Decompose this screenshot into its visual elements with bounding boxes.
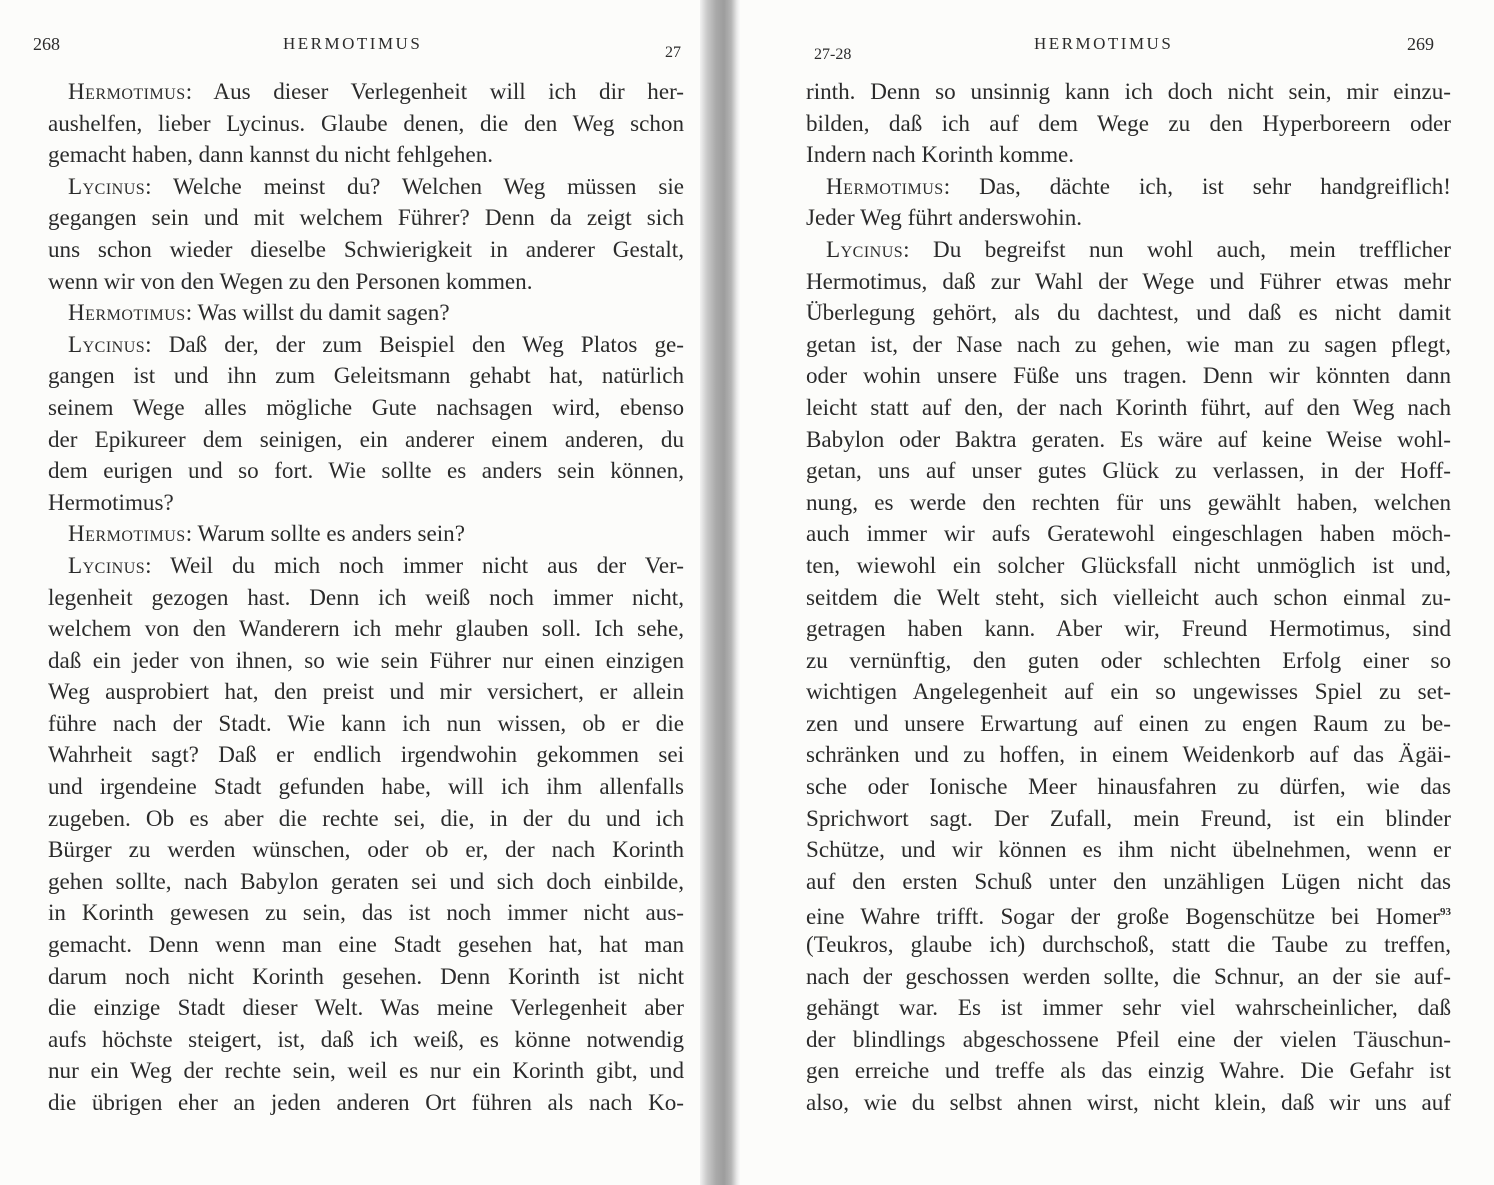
text-line: Weg ausprobiert hat, den preist und mir …: [48, 676, 684, 708]
line-text: Wahrheit sagt? Daß er endlich irgendwohi…: [48, 741, 684, 767]
line-text: rinth. Denn so unsinnig kann ich doch ni…: [806, 78, 1451, 104]
line-text: : Welche meinst du? Welchen Weg müssen s…: [145, 173, 684, 199]
line-text: gehen sollte, nach Babylon geraten sei u…: [48, 868, 684, 894]
text-line: wenn wir von den Wegen zu den Personen k…: [48, 266, 684, 298]
line-text: und irgendeine Stadt gefunden habe, will…: [48, 773, 684, 799]
line-text: zu vernünftig, den guten oder schlechten…: [806, 647, 1451, 673]
text-line: dem eurigen und so fort. Wie sollte es a…: [48, 455, 684, 487]
line-text: auch immer wir aufs Geratewohl eingeschl…: [806, 520, 1451, 546]
line-text: aufs höchste steigert, ist, daß ich weiß…: [48, 1026, 684, 1052]
right-page: 27-28 HERMOTIMUS 269 rinth. Denn so unsi…: [740, 0, 1494, 1185]
text-line: Hermotimus: Aus dieser Verlegenheit will…: [48, 76, 684, 108]
text-line: führe nach der Stadt. Wie kann ich nun w…: [48, 708, 684, 740]
text-line: gen erreiche und treffe als das einzig W…: [806, 1055, 1451, 1087]
line-text: : Warum sollte es anders sein?: [186, 520, 465, 546]
line-text: : Weil du mich noch immer nicht aus der …: [145, 552, 684, 578]
line-text: gen erreiche und treffe als das einzig W…: [806, 1057, 1451, 1083]
text-line: gehen sollte, nach Babylon geraten sei u…: [48, 866, 684, 898]
page-number: 268: [33, 34, 60, 55]
line-text: der blindlings abgeschossene Pfeil eine …: [806, 1026, 1451, 1052]
line-text: schränken und zu hoffen, in einem Weiden…: [806, 741, 1451, 767]
text-line: die übrigen eher an jeden anderen Ort fü…: [48, 1087, 684, 1119]
text-line: die einzige Stadt dieser Welt. Was meine…: [48, 992, 684, 1024]
line-text: daß ein jeder von ihnen, so wie sein Füh…: [48, 647, 684, 673]
text-line: getan, uns auf unser gutes Glück zu verl…: [806, 455, 1451, 487]
text-line: Lycinus: Du begreifst nun wohl auch, mei…: [806, 234, 1451, 266]
line-text: Überlegung gehört, als du dachtest, und …: [806, 299, 1451, 325]
speaker-name: Hermotimus: [826, 173, 944, 199]
text-line: Lycinus: Daß der, der zum Beispiel den W…: [48, 329, 684, 361]
text-line: zugeben. Ob es aber die rechte sei, die,…: [48, 803, 684, 835]
line-text: nung, es werde den rechten für uns gewäh…: [806, 489, 1451, 515]
text-line: Lycinus: Welche meinst du? Welchen Weg m…: [48, 171, 684, 203]
line-text: ten, wiewohl ein solcher Glücksfall nich…: [806, 552, 1451, 578]
text-line: auf den ersten Schuß unter den unzählige…: [806, 866, 1451, 898]
line-text: Bürger zu werden wünschen, oder ob er, d…: [48, 836, 684, 862]
line-text: eine Wahre trifft. Sogar der große Bogen…: [806, 903, 1440, 929]
text-line: also, wie du selbst ahnen wirst, nicht k…: [806, 1087, 1451, 1119]
text-line: Bürger zu werden wünschen, oder ob er, d…: [48, 834, 684, 866]
line-text: aushelfen, lieber Lycinus. Glaube denen,…: [48, 110, 684, 136]
line-text: nach der geschossen werden sollte, die S…: [806, 963, 1451, 989]
footnote-marker: 93: [1440, 906, 1451, 918]
text-line: in Korinth gewesen zu sein, das ist noch…: [48, 897, 684, 929]
line-text: welchem von den Wanderern ich mehr glaub…: [48, 615, 684, 641]
line-text: die einzige Stadt dieser Welt. Was meine…: [48, 994, 684, 1020]
running-head: HERMOTIMUS: [283, 34, 422, 64]
line-text: legenheit gezogen hast. Denn ich weiß no…: [48, 584, 684, 610]
text-line: aufs höchste steigert, ist, daß ich weiß…: [48, 1024, 684, 1056]
text-line: nur ein Weg der rechte sein, weil es nur…: [48, 1055, 684, 1087]
text-line: der Epikureer dem seinigen, ein anderer …: [48, 424, 684, 456]
text-line: gegangen sein und mit welchem Führer? De…: [48, 202, 684, 234]
left-page-body: Hermotimus: Aus dieser Verlegenheit will…: [48, 76, 684, 1119]
line-text: auf den ersten Schuß unter den unzählige…: [806, 868, 1451, 894]
line-text: zugeben. Ob es aber die rechte sei, die,…: [48, 805, 684, 831]
line-text: : Aus dieser Verlegenheit will ich dir h…: [186, 78, 684, 104]
speaker-name: Lycinus: [68, 552, 145, 578]
line-text: gehängt war. Es ist immer sehr viel wahr…: [806, 994, 1451, 1020]
line-text: : Du begreifst nun wohl auch, mein treff…: [903, 236, 1451, 262]
text-line: Lycinus: Weil du mich noch immer nicht a…: [48, 550, 684, 582]
text-line: uns schon wieder dieselbe Schwierigkeit …: [48, 234, 684, 266]
speaker-name: Lycinus: [826, 236, 903, 262]
line-text: dem eurigen und so fort. Wie sollte es a…: [48, 457, 684, 483]
text-line: nach der geschossen werden sollte, die S…: [806, 961, 1451, 993]
line-text: : Daß der, der zum Beispiel den Weg Plat…: [145, 331, 684, 357]
speaker-name: Hermotimus: [68, 299, 186, 325]
text-line: Indern nach Korinth komme.: [806, 139, 1451, 171]
line-text: Hermotimus?: [48, 489, 174, 515]
line-text: seinem Wege alles mögliche Gute nachsage…: [48, 394, 684, 420]
line-text: zen und unsere Erwartung auf einen zu en…: [806, 710, 1451, 736]
line-text: getragen haben kann. Aber wir, Freund He…: [806, 615, 1451, 641]
line-text: führe nach der Stadt. Wie kann ich nun w…: [48, 710, 684, 736]
line-text: gangen ist und ihn zum Geleitsmann gehab…: [48, 362, 684, 388]
left-page: 268 HERMOTIMUS 27 Hermotimus: Aus dieser…: [0, 0, 700, 1185]
text-line: gangen ist und ihn zum Geleitsmann gehab…: [48, 360, 684, 392]
text-line: Hermotimus: Das, dächte ich, ist sehr ha…: [806, 171, 1451, 203]
speaker-name: Lycinus: [68, 173, 145, 199]
text-line: eine Wahre trifft. Sogar der große Bogen…: [806, 897, 1451, 929]
text-line: zen und unsere Erwartung auf einen zu en…: [806, 708, 1451, 740]
text-line: getan ist, der Nase nach zu gehen, wie m…: [806, 329, 1451, 361]
line-text: seitdem die Welt steht, sich vielleicht …: [806, 584, 1451, 610]
line-text: Hermotimus, daß zur Wahl der Wege und Fü…: [806, 268, 1451, 294]
line-text: leicht statt auf den, der nach Korinth f…: [806, 394, 1451, 420]
text-line: welchem von den Wanderern ich mehr glaub…: [48, 613, 684, 645]
text-line: Babylon oder Baktra geraten. Es wäre auf…: [806, 424, 1451, 456]
text-line: wichtigen Angelegenheit auf ein so ungew…: [806, 676, 1451, 708]
line-text: uns schon wieder dieselbe Schwierigkeit …: [48, 236, 684, 262]
line-text: die übrigen eher an jeden anderen Ort fü…: [48, 1089, 684, 1115]
text-line: seitdem die Welt steht, sich vielleicht …: [806, 582, 1451, 614]
speaker-name: Hermotimus: [68, 78, 186, 104]
book-spread: 268 HERMOTIMUS 27 Hermotimus: Aus dieser…: [0, 0, 1494, 1185]
line-text: getan ist, der Nase nach zu gehen, wie m…: [806, 331, 1451, 357]
page-number: 269: [1407, 34, 1434, 55]
text-line: auch immer wir aufs Geratewohl eingeschl…: [806, 518, 1451, 550]
text-line: gemacht. Denn wenn man eine Stadt gesehe…: [48, 929, 684, 961]
line-text: gegangen sein und mit welchem Führer? De…: [48, 204, 684, 230]
text-line: der blindlings abgeschossene Pfeil eine …: [806, 1024, 1451, 1056]
text-line: Hermotimus?: [48, 487, 684, 519]
line-text: nur ein Weg der rechte sein, weil es nur…: [48, 1057, 684, 1083]
text-line: Jeder Weg führt anderswohin.: [806, 202, 1451, 234]
line-text: also, wie du selbst ahnen wirst, nicht k…: [806, 1089, 1451, 1115]
line-text: sche oder Ionische Meer hinausfahren zu …: [806, 773, 1451, 799]
line-text: gemacht haben, dann kannst du nicht fehl…: [48, 141, 493, 167]
text-line: legenheit gezogen hast. Denn ich weiß no…: [48, 582, 684, 614]
text-line: und irgendeine Stadt gefunden habe, will…: [48, 771, 684, 803]
line-text: der Epikureer dem seinigen, ein anderer …: [48, 426, 684, 452]
line-text: getan, uns auf unser gutes Glück zu verl…: [806, 457, 1451, 483]
text-line: Sprichwort sagt. Der Zufall, mein Freund…: [806, 803, 1451, 835]
section-marker: 27-28: [814, 46, 851, 64]
speaker-name: Hermotimus: [68, 520, 186, 546]
line-text: Sprichwort sagt. Der Zufall, mein Freund…: [806, 805, 1451, 831]
line-text: Jeder Weg führt anderswohin.: [806, 204, 1082, 230]
text-line: zu vernünftig, den guten oder schlechten…: [806, 645, 1451, 677]
text-line: gehängt war. Es ist immer sehr viel wahr…: [806, 992, 1451, 1024]
text-line: rinth. Denn so unsinnig kann ich doch ni…: [806, 76, 1451, 108]
line-text: : Das, dächte ich, ist sehr handgreiflic…: [944, 173, 1451, 199]
text-line: sche oder Ionische Meer hinausfahren zu …: [806, 771, 1451, 803]
text-line: Hermotimus: Was willst du damit sagen?: [48, 297, 684, 329]
line-text: oder wohin unsere Füße uns tragen. Denn …: [806, 362, 1451, 388]
book-gutter: [700, 0, 740, 1185]
text-line: Hermotimus, daß zur Wahl der Wege und Fü…: [806, 266, 1451, 298]
text-line: nung, es werde den rechten für uns gewäh…: [806, 487, 1451, 519]
text-line: oder wohin unsere Füße uns tragen. Denn …: [806, 360, 1451, 392]
line-text: wichtigen Angelegenheit auf ein so ungew…: [806, 678, 1451, 704]
line-text: bilden, daß ich auf dem Wege zu den Hype…: [806, 110, 1451, 136]
text-line: ten, wiewohl ein solcher Glücksfall nich…: [806, 550, 1451, 582]
line-text: Weg ausprobiert hat, den preist und mir …: [48, 678, 684, 704]
line-text: Schütze, und wir können es ihm nicht übe…: [806, 836, 1451, 862]
text-line: leicht statt auf den, der nach Korinth f…: [806, 392, 1451, 424]
line-text: wenn wir von den Wegen zu den Personen k…: [48, 268, 533, 294]
line-text: : Was willst du damit sagen?: [186, 299, 450, 325]
text-line: (Teukros, glaube ich) durchschoß, statt …: [806, 929, 1451, 961]
running-head: HERMOTIMUS: [1034, 34, 1173, 64]
text-line: gemacht haben, dann kannst du nicht fehl…: [48, 139, 684, 171]
text-line: Überlegung gehört, als du dachtest, und …: [806, 297, 1451, 329]
text-line: Hermotimus: Warum sollte es anders sein?: [48, 518, 684, 550]
text-line: seinem Wege alles mögliche Gute nachsage…: [48, 392, 684, 424]
line-text: (Teukros, glaube ich) durchschoß, statt …: [806, 931, 1451, 957]
section-marker: 27: [665, 44, 681, 62]
line-text: gemacht. Denn wenn man eine Stadt gesehe…: [48, 931, 684, 957]
text-line: getragen haben kann. Aber wir, Freund He…: [806, 613, 1451, 645]
text-line: Schütze, und wir können es ihm nicht übe…: [806, 834, 1451, 866]
text-line: daß ein jeder von ihnen, so wie sein Füh…: [48, 645, 684, 677]
text-line: schränken und zu hoffen, in einem Weiden…: [806, 739, 1451, 771]
line-text: Babylon oder Baktra geraten. Es wäre auf…: [806, 426, 1451, 452]
line-text: darum noch nicht Korinth gesehen. Denn K…: [48, 963, 684, 989]
line-text: in Korinth gewesen zu sein, das ist noch…: [48, 899, 684, 925]
text-line: Wahrheit sagt? Daß er endlich irgendwohi…: [48, 739, 684, 771]
right-page-body: rinth. Denn so unsinnig kann ich doch ni…: [806, 76, 1451, 1119]
text-line: darum noch nicht Korinth gesehen. Denn K…: [48, 961, 684, 993]
text-line: aushelfen, lieber Lycinus. Glaube denen,…: [48, 108, 684, 140]
line-text: Indern nach Korinth komme.: [806, 141, 1074, 167]
text-line: bilden, daß ich auf dem Wege zu den Hype…: [806, 108, 1451, 140]
speaker-name: Lycinus: [68, 331, 145, 357]
